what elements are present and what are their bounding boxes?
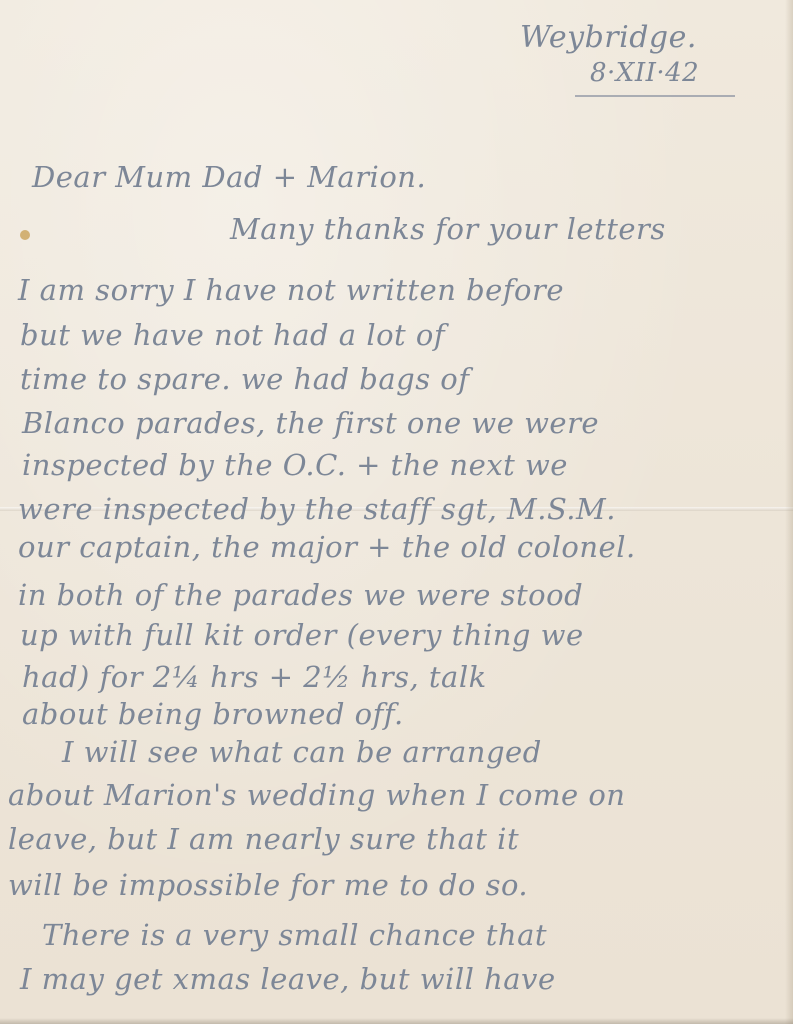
letter-line: in both of the parades we were stood bbox=[18, 578, 583, 612]
letter-line: were inspected by the staff sgt, M.S.M. bbox=[18, 492, 616, 526]
letter-line: inspected by the O.C. + the next we bbox=[22, 448, 568, 482]
paper-edge-shadow bbox=[785, 0, 793, 1024]
letter-line: up with full kit order (every thing we bbox=[20, 618, 584, 652]
paper-stain bbox=[20, 230, 30, 240]
letter-line: Blanco parades, the first one we were bbox=[22, 406, 599, 440]
letter-place: Weybridge. bbox=[520, 20, 697, 55]
letter-line: Many thanks for your letters bbox=[230, 212, 666, 246]
letter-line: our captain, the major + the old colonel… bbox=[18, 530, 636, 564]
paper-bottom-edge bbox=[0, 1018, 793, 1024]
letter-line: had) for 2¼ hrs + 2½ hrs, talk bbox=[22, 660, 487, 694]
letter-line: time to spare. we had bags of bbox=[20, 362, 470, 396]
letter-line: There is a very small chance that bbox=[42, 918, 547, 952]
letter-page: Weybridge. 8·XII·42 Dear Mum Dad + Mario… bbox=[0, 0, 793, 1024]
letter-line: I am sorry I have not written before bbox=[18, 273, 564, 307]
letter-line: leave, but I am nearly sure that it bbox=[8, 822, 519, 856]
date-underline bbox=[575, 95, 735, 97]
letter-date: 8·XII·42 bbox=[590, 58, 699, 88]
letter-line: I will see what can be arranged bbox=[62, 735, 542, 769]
letter-line: but we have not had a lot of bbox=[20, 318, 445, 352]
letter-salutation: Dear Mum Dad + Marion. bbox=[32, 160, 426, 194]
letter-line: will be impossible for me to do so. bbox=[8, 868, 528, 902]
letter-line: I may get xmas leave, but will have bbox=[20, 962, 556, 996]
letter-line: about Marion's wedding when I come on bbox=[8, 778, 626, 812]
letter-line: about being browned off. bbox=[22, 697, 404, 731]
